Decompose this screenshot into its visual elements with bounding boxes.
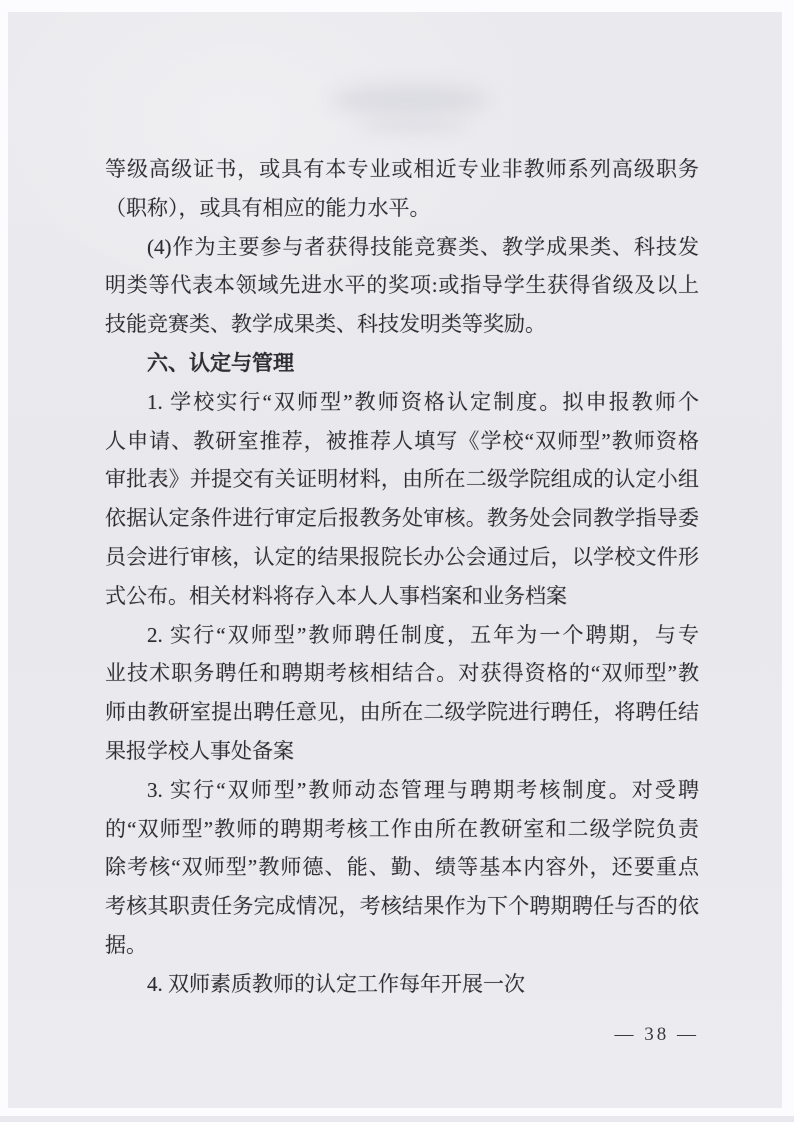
- text-line: 六、认定与管理: [105, 344, 699, 383]
- text-line: 4. 双师素质教师的认定工作每年开展一次: [105, 965, 699, 1004]
- text-line: 技能竞赛类、教学成果类、科技发明类等奖励。: [105, 305, 699, 344]
- text-line: 式公布。相关材料将存入本人人事档案和业务档案: [105, 577, 699, 616]
- text-line: 审批表》并提交有关证明材料，由所在二级学院组成的认定小组: [105, 460, 699, 499]
- text-line: (4)作为主要参与者获得技能竞赛类、教学成果类、科技发: [105, 228, 699, 267]
- scan-smudge: [330, 84, 490, 116]
- text-line: 业技术职务聘任和聘期考核相结合。对获得资格的“双师型”教: [105, 654, 699, 693]
- text-line: 果报学校人事处备案: [105, 732, 699, 771]
- text-line: 3. 实行“双师型”教师动态管理与聘期考核制度。对受聘: [105, 771, 699, 810]
- text-line: 考核其职责任务完成情况，考核结果作为下个聘期聘任与否的依: [105, 887, 699, 926]
- text-line: 师由教研室提出聘任意见，由所在二级学院进行聘任，将聘任结: [105, 693, 699, 732]
- scan-edge-strip: [0, 1116, 794, 1122]
- text-line: 1. 学校实行“双师型”教师资格认定制度。拟申报教师个: [105, 383, 699, 422]
- scanned-page: 等级高级证书，或具有本专业或相近专业非教师系列高级职务（职称），或具有相应的能力…: [8, 12, 782, 1108]
- document-body: 等级高级证书，或具有本专业或相近专业非教师系列高级职务（职称），或具有相应的能力…: [105, 150, 699, 1004]
- page-number: — 38 —: [105, 1024, 699, 1046]
- text-line: 明类等代表本领域先进水平的奖项:或指导学生获得省级及以上: [105, 266, 699, 305]
- text-line: 人申请、教研室推荐，被推荐人填写《学校“双师型”教师资格: [105, 422, 699, 461]
- text-line: 等级高级证书，或具有本专业或相近专业非教师系列高级职务: [105, 150, 699, 189]
- text-line: （职称），或具有相应的能力水平。: [105, 189, 699, 228]
- text-line: 员会进行审核，认定的结果报院长办公会通过后，以学校文件形: [105, 538, 699, 577]
- text-line: 2. 实行“双师型”教师聘任制度，五年为一个聘期，与专: [105, 616, 699, 655]
- text-line: 依据认定条件进行审定后报教务处审核。教务处会同教学指导委: [105, 499, 699, 538]
- text-line: 据。: [105, 926, 699, 965]
- text-line: 的“双师型”教师的聘期考核工作由所在教研室和二级学院负责: [105, 810, 699, 849]
- text-line: 除考核“双师型”教师德、能、勤、绩等基本内容外，还要重点: [105, 848, 699, 887]
- scan-smudge-small: [358, 120, 468, 134]
